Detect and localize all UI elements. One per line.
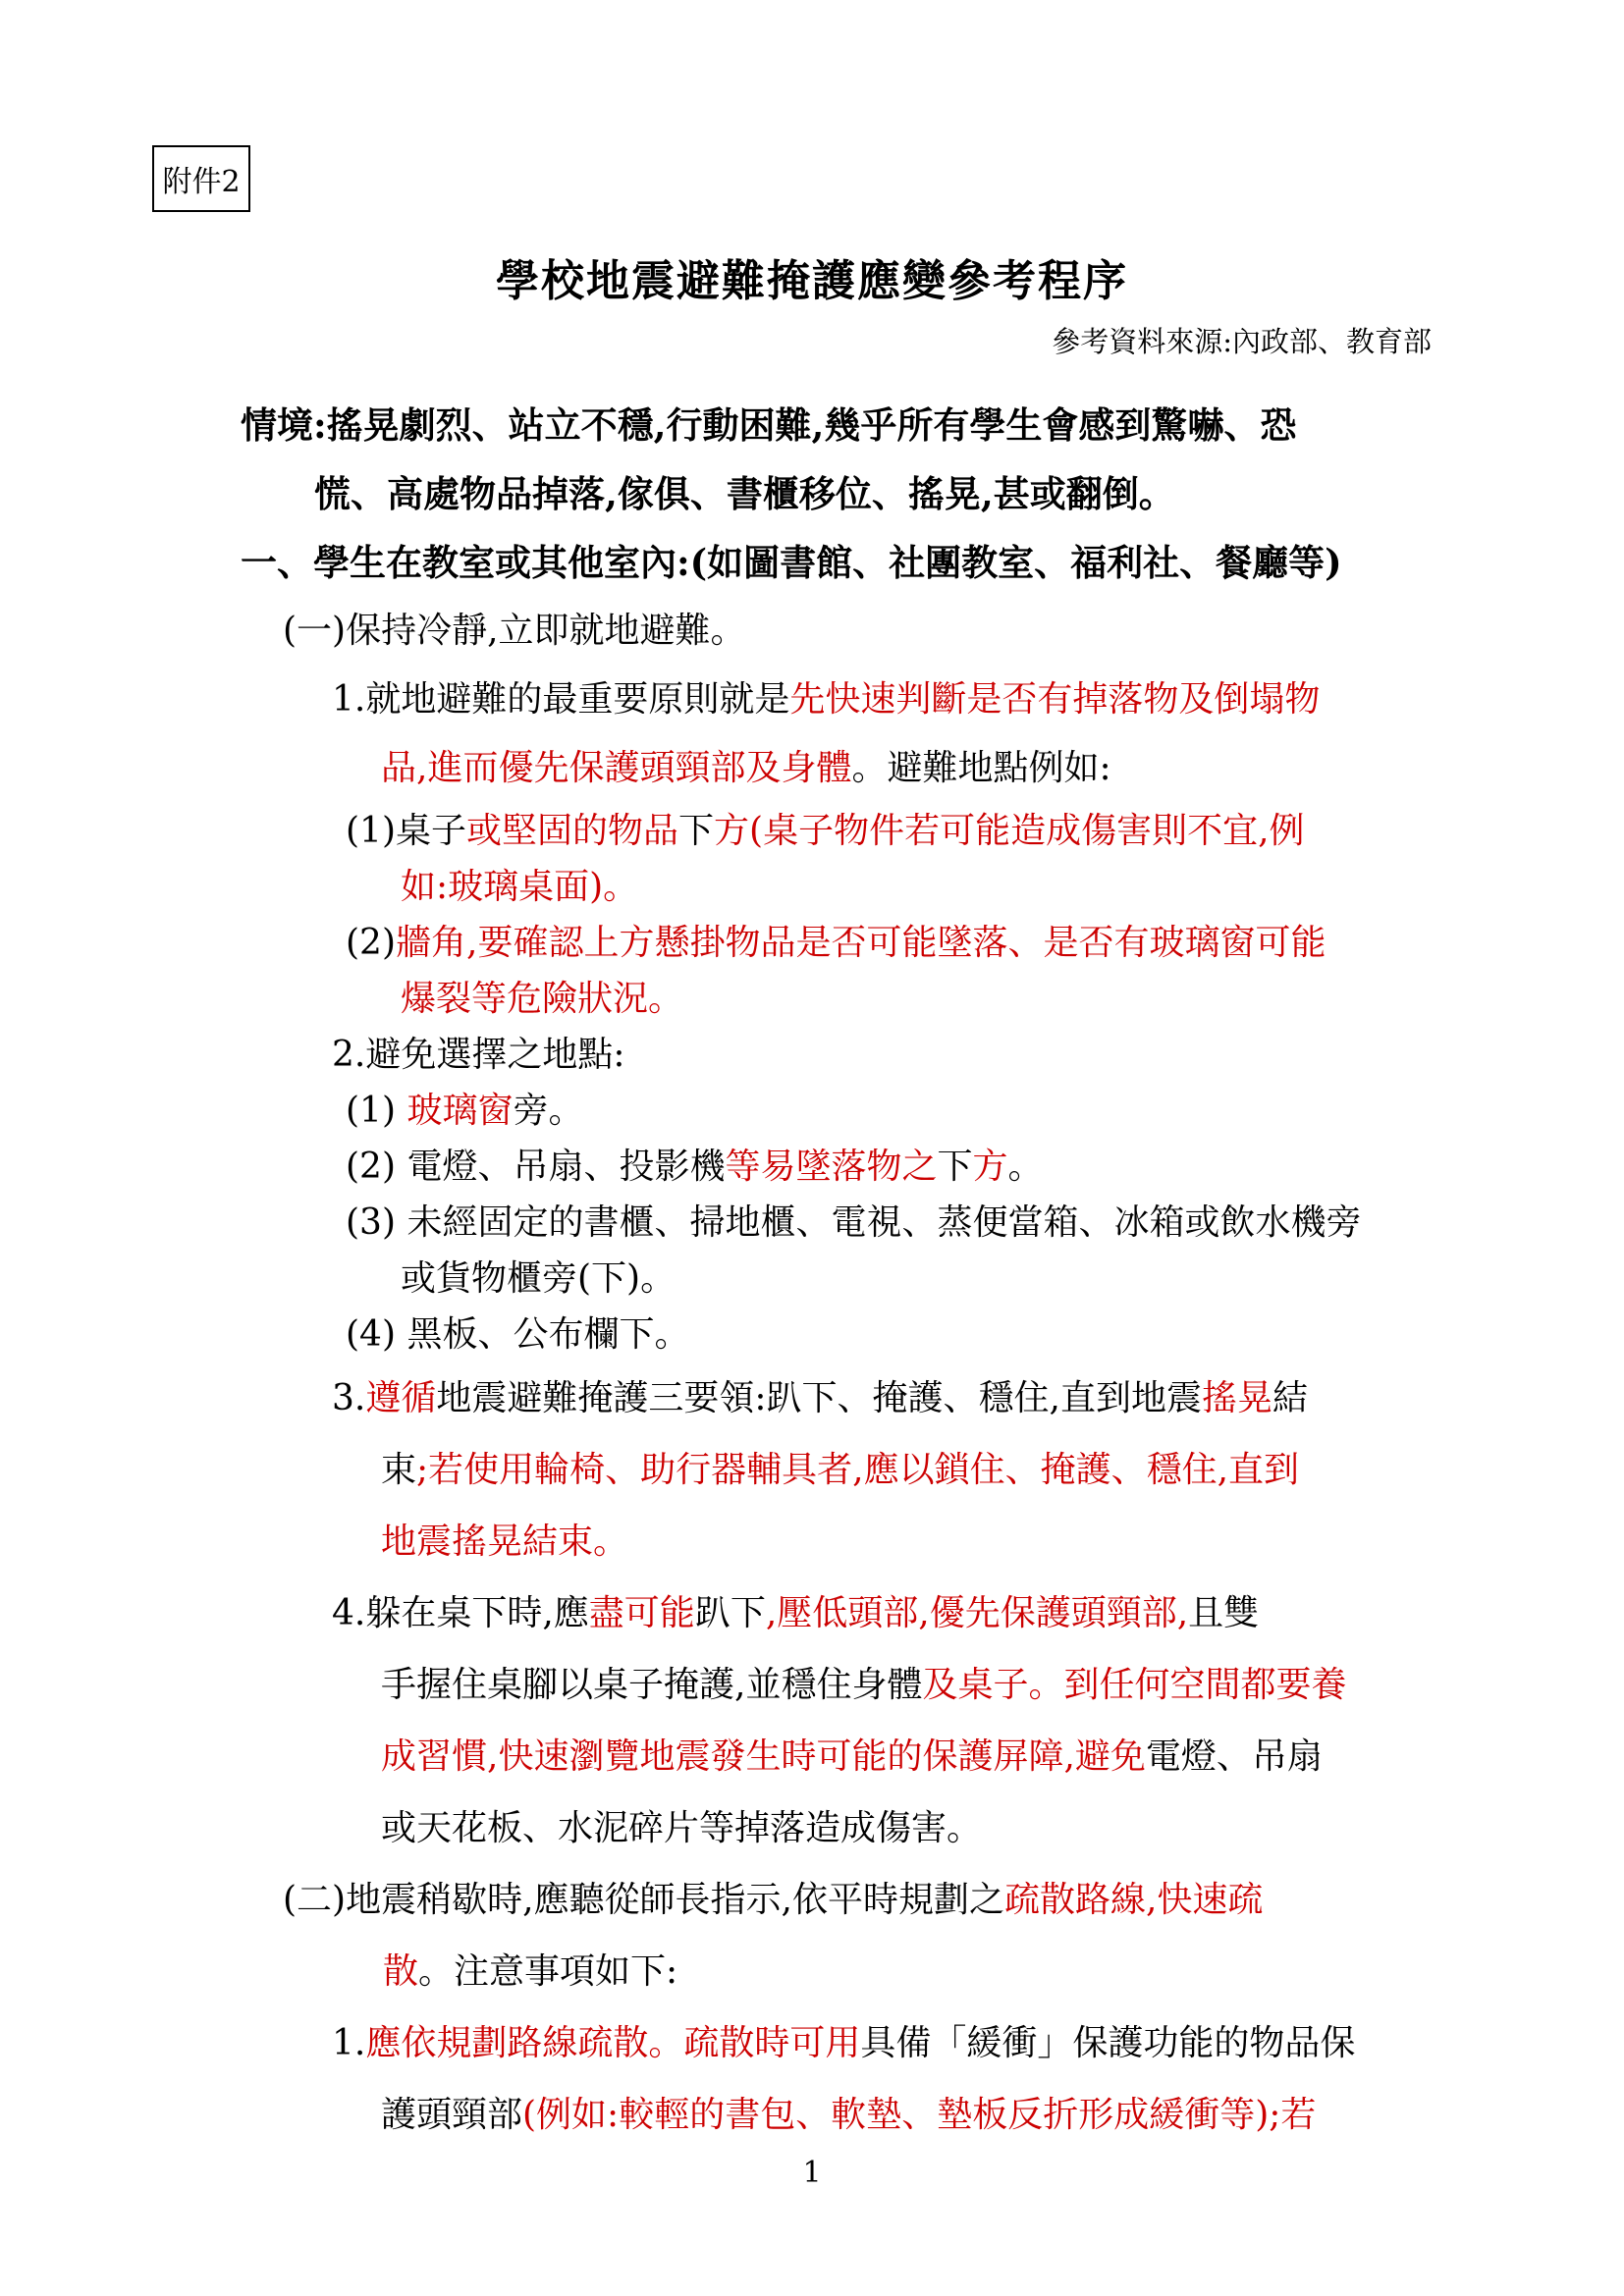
text-segment: 如:玻璃桌面)。 [401,867,638,907]
text-segment: 及桌子。到任何空間都要養 [922,1665,1346,1705]
text-line: 散。注意事項如下: [0,1936,1624,2007]
text-segment: 束 [381,1450,416,1490]
text-segment: 手握住桌腳以桌子掩護,並穩住身體 [381,1665,922,1705]
text-line: 1.就地避難的最重要原則就是先快速判斷是否有掉落物及倒塌物 [0,666,1624,734]
text-segment: 或天花板、水泥碎片等掉落造成傷害。 [381,1808,982,1848]
text-line: 1.應依規劃路線疏散。疏散時可用具備「緩衝」保護功能的物品保 [0,2007,1624,2079]
text-line: 成習慣,快速瀏覽地震發生時可能的保護屏障,避免電燈、吊扇 [0,1721,1624,1792]
text-segment: 1. [332,2023,365,2063]
text-segment: 4.躲在桌下時,應 [332,1593,589,1633]
text-segment: (3) 未經固定的書櫃、掃地櫃、電視、蒸便當箱、冰箱或飲水機旁 [346,1202,1361,1243]
text-segment: (4) 黑板、公布欄下。 [346,1314,689,1355]
text-segment: 。避難地點例如: [851,748,1110,788]
text-line: (1) 玻璃窗旁。 [0,1083,1624,1139]
page-number: 1 [0,2156,1624,2190]
text-segment: 方(桌子物件若可能造成傷害則不宜,例 [714,811,1305,851]
text-segment: 牆角,要確認上方懸掛物品是否可能墜落、是否有玻璃窗可能 [396,923,1326,963]
source-note: 參考資料來源:內政部、教育部 [1052,320,1432,360]
text-segment: (1)桌子 [346,811,466,851]
text-segment: 趴下 [695,1593,766,1633]
text-segment: 玻璃窗 [406,1091,513,1131]
text-segment: (二)地震稍歇時,應聽從師長指示,依平時規劃之 [283,1880,1004,1920]
text-line: 手握住桌腳以桌子掩護,並穩住身體及桌子。到任何空間都要養 [0,1649,1624,1721]
page-title: 學校地震避難掩護應變參考程序 [0,245,1624,308]
text-segment: 下 [678,811,714,851]
text-segment: 一、學生在教室或其他室內:(如圖書館、社團教室、福利社、餐廳等) [241,541,1342,584]
text-segment: 電燈、吊扇 [1146,1736,1323,1777]
text-line: 2.避免選擇之地點: [0,1027,1624,1083]
text-line: (二)地震稍歇時,應聽從師長指示,依平時規劃之疏散路線,快速疏 [0,1864,1624,1936]
text-segment: ,壓低頭部,優先保護頭頸部, [766,1593,1188,1633]
attachment-label-box: 附件2 [152,145,250,212]
text-segment: 地震搖晃結束。 [381,1522,628,1562]
text-line: (3) 未經固定的書櫃、掃地櫃、電視、蒸便當箱、冰箱或飲水機旁 [0,1195,1624,1251]
text-segment: 慌、高處物品掉落,傢俱、書櫃移位、搖晃,甚或翻倒。 [314,472,1175,515]
text-line: (1)桌子或堅固的物品下方(桌子物件若可能造成傷害則不宜,例 [0,803,1624,859]
text-segment: 品,進而優先保護頭頸部及身體 [381,748,851,788]
text-segment: 盡可能 [589,1593,695,1633]
text-segment: 或堅固的物品 [466,811,678,851]
text-line: (2)牆角,要確認上方懸掛物品是否可能墜落、是否有玻璃窗可能 [0,915,1624,971]
document-body: 情境:搖晃劇烈、站立不穩,行動困難,幾乎所有學生會感到驚嚇、恐慌、高處物品掉落,… [0,391,1624,2151]
text-segment: 疏散路線,快速疏 [1004,1880,1263,1920]
text-segment: 護頭頸部 [381,2095,522,2135]
text-segment: 1.就地避難的最重要原則就是 [332,679,789,720]
text-segment: 具備「緩衝」保護功能的物品保 [860,2023,1355,2063]
text-segment: 成習慣,快速瀏覽地震發生時可能的保護屏障,避免 [381,1736,1146,1777]
text-line: (一)保持冷靜,立即就地避難。 [0,597,1624,666]
text-segment: 搖晃 [1202,1378,1272,1418]
text-line: 4.躲在桌下時,應盡可能趴下,壓低頭部,優先保護頭頸部,且雙 [0,1577,1624,1649]
text-segment: (2) 電燈、吊扇、投影機 [346,1147,725,1187]
text-segment: 遵循 [365,1378,436,1418]
text-segment: 等易墜落物之 [725,1147,937,1187]
text-segment: (2) [346,923,396,963]
text-line: 品,進而優先保護頭頸部及身體。避難地點例如: [0,734,1624,803]
text-segment: (例如:較輕的書包、軟墊、墊板反折形成緩衝等);若 [522,2095,1316,2135]
text-line: 束;若使用輪椅、助行器輔具者,應以鎖住、掩護、穩住,直到 [0,1434,1624,1506]
text-segment: ;若使用輪椅、助行器輔具者,應以鎖住、掩護、穩住,直到 [416,1450,1299,1490]
text-segment: 且雙 [1188,1593,1259,1633]
document-page: 附件2 學校地震避難掩護應變參考程序 參考資料來源:內政部、教育部 情境:搖晃劇… [0,0,1624,2296]
text-segment: 方 [972,1147,1007,1187]
text-segment: 或貨物櫃旁(下)。 [401,1258,676,1299]
text-line: 地震搖晃結束。 [0,1506,1624,1577]
text-segment: (一)保持冷靜,立即就地避難。 [283,611,746,651]
text-segment: 3. [332,1378,365,1418]
text-segment: 應依規劃路線疏散。疏散時可用 [365,2023,860,2063]
text-line: 3.遵循地震避難掩護三要領:趴下、掩護、穩住,直到地震搖晃結 [0,1362,1624,1434]
text-segment: 爆裂等危險狀況。 [401,979,683,1019]
text-segment: 。注意事項如下: [418,1951,677,1992]
text-segment: 先快速判斷是否有掉落物及倒塌物 [789,679,1320,720]
text-segment: 地震避難掩護三要領:趴下、掩護、穩住,直到地震 [436,1378,1202,1418]
text-line: 或天花板、水泥碎片等掉落造成傷害。 [0,1792,1624,1864]
text-line: 或貨物櫃旁(下)。 [0,1251,1624,1307]
text-line: 一、學生在教室或其他室內:(如圖書館、社團教室、福利社、餐廳等) [0,528,1624,597]
text-segment: 下 [937,1147,972,1187]
text-segment: 情境:搖晃劇烈、站立不穩,行動困難,幾乎所有學生會感到驚嚇、恐 [241,403,1296,447]
text-line: 如:玻璃桌面)。 [0,859,1624,915]
text-segment: 旁。 [513,1091,583,1131]
text-segment: 散 [383,1951,418,1992]
text-line: 情境:搖晃劇烈、站立不穩,行動困難,幾乎所有學生會感到驚嚇、恐 [0,391,1624,459]
text-line: 慌、高處物品掉落,傢俱、書櫃移位、搖晃,甚或翻倒。 [0,459,1624,528]
text-segment: (1) [346,1091,406,1131]
text-line: 爆裂等危險狀況。 [0,971,1624,1027]
text-line: (2) 電燈、吊扇、投影機等易墜落物之下方。 [0,1139,1624,1195]
text-segment: 。 [1008,1147,1044,1187]
attachment-label: 附件2 [162,157,240,200]
text-segment: 2.避免選擇之地點: [332,1035,624,1075]
text-line: (4) 黑板、公布欄下。 [0,1307,1624,1362]
text-line: 護頭頸部(例如:較輕的書包、軟墊、墊板反折形成緩衝等);若 [0,2079,1624,2151]
text-segment: 結 [1272,1378,1308,1418]
